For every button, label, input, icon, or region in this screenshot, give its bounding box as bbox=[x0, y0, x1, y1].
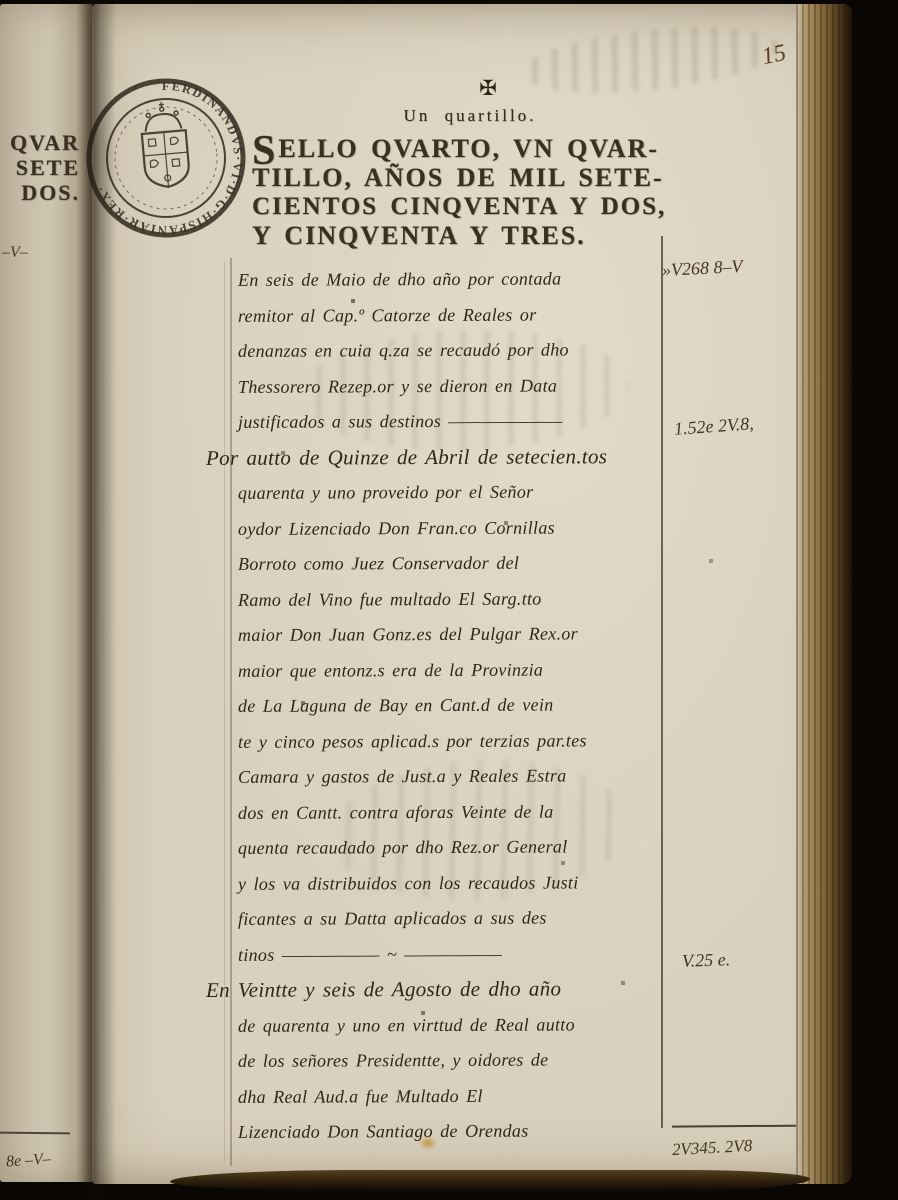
stamp-fragment: SETE bbox=[0, 155, 80, 180]
manuscript-line: denanzas en cuia q.za se recaudó por dho bbox=[238, 332, 658, 369]
manuscript-line: remitor al Cap.º Catorze de Reales or bbox=[238, 297, 658, 334]
stamp-heading-line: CIENTOS CINQVENTA Y DOS, bbox=[252, 192, 704, 221]
ink-specks bbox=[0, 0, 2, 2]
margin-amount-total: 2V345. 2V8 bbox=[672, 1136, 753, 1160]
facing-page-stamp-fragments: QVAR SETE DOS. bbox=[0, 130, 80, 205]
manuscript-line: En seis de Maio de dho año por contada bbox=[238, 261, 658, 298]
manuscript-line: maior Don Juan Gonz.es del Pulgar Rex.or bbox=[238, 616, 658, 653]
manuscript-text: En seis de Maio de dho año por contada r… bbox=[238, 262, 658, 1150]
paper-stain bbox=[418, 1136, 438, 1150]
manuscript-line: Thessorero Rezep.or y se dieron en Data bbox=[238, 368, 658, 405]
column-rule bbox=[230, 258, 232, 1166]
manuscript-line: Lizenciado Don Santiago de Orendas bbox=[238, 1113, 658, 1150]
archival-photo: QVAR SETE DOS. –V– 8e –V– 15 bbox=[0, 0, 898, 1200]
stamp-heading-text: ELLO QVARTO, VN QVAR- bbox=[278, 134, 659, 163]
manuscript-line: justificados a sus destinos ——————— bbox=[238, 403, 658, 440]
manuscript-line: dha Real Aud.a fue Multado El bbox=[238, 1078, 658, 1115]
stamp-fragment: QVAR bbox=[0, 130, 80, 155]
cross-pattee-icon: ✠ bbox=[458, 76, 518, 101]
manuscript-line: quarenta y uno proveido por el Señor bbox=[238, 474, 658, 511]
stamp-heading: SELLO QVARTO, VN QVAR- TILLO, AÑOS DE MI… bbox=[252, 134, 704, 250]
manuscript-line: de La Laguna de Bay en Cant.d de vein bbox=[238, 687, 658, 724]
margin-amount: V.25 e. bbox=[682, 949, 731, 972]
manuscript-line: Borroto como Juez Conservador del bbox=[238, 545, 658, 582]
manuscript-line: Ramo del Vino fue multado El Sarg.tto bbox=[238, 581, 658, 618]
stamp-heading-line: Y CINQVENTA Y TRES. bbox=[252, 221, 704, 250]
manuscript-line: Camara y gastos de Just.a y Reales Estra bbox=[238, 758, 658, 795]
manuscript-line: quenta recaudado por dho Rez.or General bbox=[238, 829, 658, 866]
column-rule bbox=[661, 236, 663, 1128]
manuscript-line: y los va distribuidos con los recaudos J… bbox=[238, 865, 658, 902]
manuscript-line: Por autto de Quinze de Abril de setecien… bbox=[206, 439, 658, 476]
ink-mark: 8e –V– bbox=[5, 1150, 51, 1171]
ink-mark: –V– bbox=[2, 244, 28, 262]
ruled-line bbox=[0, 1132, 70, 1135]
torn-bottom-edge bbox=[170, 1170, 810, 1192]
manuscript-line: tinos —————— ~ —————— bbox=[238, 936, 658, 973]
manuscript-line: ficantes a su Datta aplicados a sus des bbox=[238, 900, 658, 937]
stamp-heading-line: SELLO QVARTO, VN QVAR- bbox=[252, 134, 704, 163]
royal-seal-ferdinand-vi: FERDINANDVS·VI·D·G·HISPANIAR·REX· bbox=[77, 69, 255, 247]
stamp-heading-line: TILLO, AÑOS DE MIL SETE- bbox=[252, 163, 704, 192]
manuscript-line: te y cinco pesos aplicad.s por terzias p… bbox=[238, 723, 658, 760]
manuscript-line: dos en Cantt. contra aforas Veinte de la bbox=[238, 794, 658, 831]
tax-denomination: Un quartillo. bbox=[320, 106, 620, 126]
stamp-fragment: DOS. bbox=[0, 180, 80, 205]
manuscript-line: oydor Lizenciado Don Fran.co Cornillas bbox=[238, 510, 658, 547]
royal-seal-icon: FERDINANDVS·VI·D·G·HISPANIAR·REX· bbox=[77, 69, 255, 247]
margin-amount: »V268 8–V bbox=[662, 256, 743, 281]
book-fore-edge bbox=[796, 4, 852, 1184]
manuscript-line: de los señores Presidentte, y oidores de bbox=[238, 1042, 658, 1079]
manuscript-line: En Veintte y seis de Agosto de dho año bbox=[206, 971, 658, 1008]
column-rule bbox=[224, 262, 225, 1162]
manuscript-line: maior que entonz.s era de la Provinzia bbox=[238, 652, 658, 689]
manuscript-line: de quarenta y uno en virttud de Real aut… bbox=[238, 1007, 658, 1044]
